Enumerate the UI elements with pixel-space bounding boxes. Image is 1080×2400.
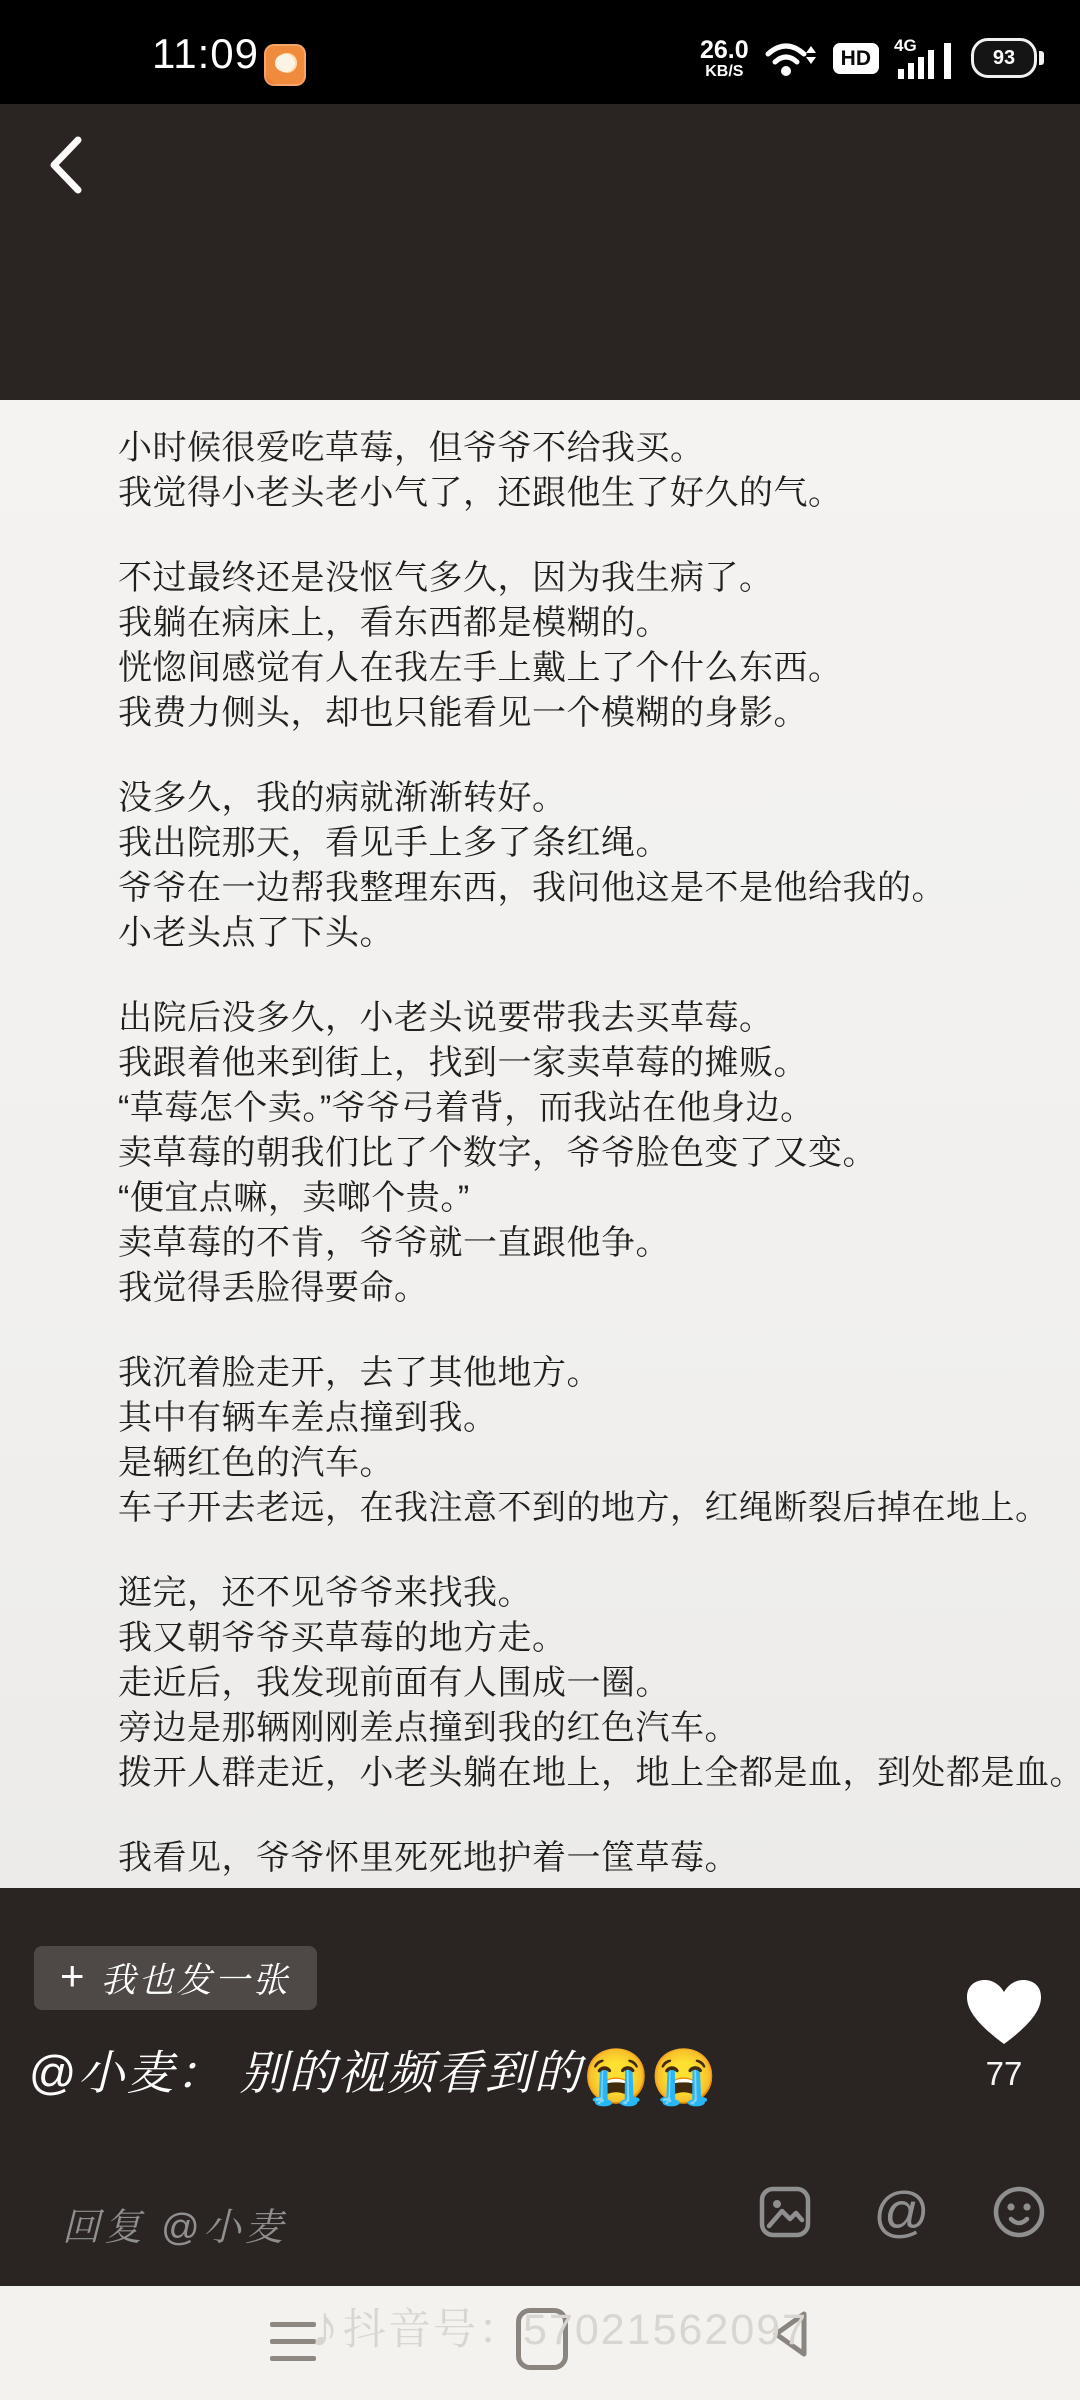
story-line: 没多久，我的病就渐渐转好。	[118, 776, 1072, 821]
story-line: 旁边是那辆刚刚差点撞到我的红色汽车。	[118, 1706, 1072, 1751]
clock: 11:09	[152, 30, 259, 78]
hd-voice-icon: HD	[833, 43, 879, 74]
post-my-image-button[interactable]: + 我也发一张	[34, 1946, 317, 2010]
network-type-label: 4G	[894, 36, 917, 55]
post-my-image-label: 我也发一张	[101, 1953, 291, 2003]
story-line: 小时候很爱吃草莓，但爷爷不给我买。	[118, 426, 1072, 471]
network-speed-value: 26.0	[700, 37, 749, 63]
story-line: 其中有辆车差点撞到我。	[118, 1396, 1072, 1441]
battery-level: 93	[993, 47, 1015, 70]
story-line: “便宜点嘛，卖啷个贵。”	[118, 1176, 1072, 1221]
story-line: 我沉着脸走开，去了其他地方。	[118, 1351, 1072, 1396]
plus-icon: +	[60, 1955, 85, 1997]
status-bar: 11:09 26.0 KB/S HD 4G 93	[0, 0, 1080, 104]
story-paragraph: 小时候很爱吃草莓，但爷爷不给我买。我觉得小老头老小气了，还跟他生了好久的气。	[118, 426, 1072, 516]
story-line: 出院后没多久，小老头说要带我去买草莓。	[118, 996, 1072, 1041]
cellular-signal-icon: 4G	[894, 35, 956, 81]
story-line: 小老头点了下头。	[118, 911, 1072, 956]
story-line: “草莓怎个卖。”爷爷弓着背，而我站在他身边。	[118, 1086, 1072, 1131]
story-line: 我又朝爷爷买草莓的地方走。	[118, 1616, 1072, 1661]
like-count: 77	[958, 2055, 1050, 2093]
image-attach-icon[interactable]	[759, 2186, 811, 2238]
crying-emoji: 😭😭	[583, 2047, 717, 2107]
emoji-smiley-icon[interactable]	[992, 2185, 1046, 2239]
story-paragraph: 我沉着脸走开，去了其他地方。其中有辆车差点撞到我。是辆红色的汽车。车子开去老远，…	[118, 1351, 1072, 1531]
back-chevron-icon[interactable]	[42, 132, 94, 198]
story-line: 车子开去老远，在我注意不到的地方，红绳断裂后掉在地上。	[118, 1486, 1072, 1531]
story-paragraph: 逛完，还不见爷爷来找我。我又朝爷爷买草莓的地方走。走近后，我发现前面有人围成一圈…	[118, 1571, 1072, 1796]
reply-toolbar: @	[759, 2184, 1046, 2240]
story-line: 恍惚间感觉有人在我左手上戴上了个什么东西。	[118, 646, 1072, 691]
comment-caption: @小麦： 别的视频看到的😭😭	[28, 2036, 890, 2109]
story-line: 卖草莓的朝我们比了个数字，爷爷脸色变了又变。	[118, 1131, 1072, 1176]
story-line: 我出院那天，看见手上多了条红绳。	[118, 821, 1072, 866]
notification-app-icon	[264, 44, 306, 86]
mention-at-icon[interactable]: @	[873, 2184, 930, 2240]
battery-nub	[1039, 51, 1044, 65]
story-paragraph: 不过最终还是没怄气多久，因为我生病了。我躺在病床上，看东西都是模糊的。恍惚间感觉…	[118, 556, 1072, 736]
story-line: 我看见，爷爷怀里死死地护着一筐草莓。	[118, 1836, 1072, 1881]
heart-icon	[965, 1978, 1043, 2048]
reply-input[interactable]: 回复 @小麦	[62, 2196, 287, 2251]
home-button-icon[interactable]	[516, 2308, 568, 2370]
story-line: 我觉得小老头老小气了，还跟他生了好久的气。	[118, 471, 1072, 516]
story-line: 卖草莓的不肯，爷爷就一直跟他争。	[118, 1221, 1072, 1266]
story-line: 是辆红色的汽车。	[118, 1441, 1072, 1486]
comment-text: @小麦： 别的视频看到的	[28, 2046, 583, 2099]
like-button[interactable]: 77	[958, 1978, 1050, 2093]
comment-image[interactable]: 小时候很爱吃草莓，但爷爷不给我买。我觉得小老头老小气了，还跟他生了好久的气。不过…	[0, 400, 1080, 1888]
network-speed-unit: KB/S	[705, 63, 743, 80]
story-line: 我跟着他来到街上，找到一家卖草莓的摊贩。	[118, 1041, 1072, 1086]
recents-menu-icon[interactable]	[270, 2322, 316, 2373]
story-paragraph: 我看见，爷爷怀里死死地护着一筐草莓。	[118, 1836, 1072, 1881]
story-line: 我费力侧头，却也只能看见一个模糊的身影。	[118, 691, 1072, 736]
app-icon-face	[275, 54, 295, 72]
battery-indicator: 93	[971, 38, 1044, 78]
back-nav-triangle-icon[interactable]	[764, 2308, 814, 2360]
story-line: 不过最终还是没怄气多久，因为我生病了。	[118, 556, 1072, 601]
story-paragraph: 出院后没多久，小老头说要带我去买草莓。我跟着他来到街上，找到一家卖草莓的摊贩。“…	[118, 996, 1072, 1311]
story-line: 爷爷在一边帮我整理东西，我问他这是不是他给我的。	[118, 866, 1072, 911]
network-speed-indicator: 26.0 KB/S	[700, 37, 749, 80]
story-line: 我觉得丢脸得要命。	[118, 1266, 1072, 1311]
story-line: 拨开人群走近，小老头躺在地上，地上全都是血，到处都是血。	[118, 1751, 1072, 1796]
story-line: 逛完，还不见爷爷来找我。	[118, 1571, 1072, 1616]
story-line: 走近后，我发现前面有人围成一圈。	[118, 1661, 1072, 1706]
status-indicators: 26.0 KB/S HD 4G 93	[700, 30, 1044, 86]
story-paragraph: 没多久，我的病就渐渐转好。我出院那天，看见手上多了条红绳。爷爷在一边帮我整理东西…	[118, 776, 1072, 956]
wifi-icon	[764, 36, 818, 80]
story-line: 我躺在病床上，看东西都是模糊的。	[118, 601, 1072, 646]
